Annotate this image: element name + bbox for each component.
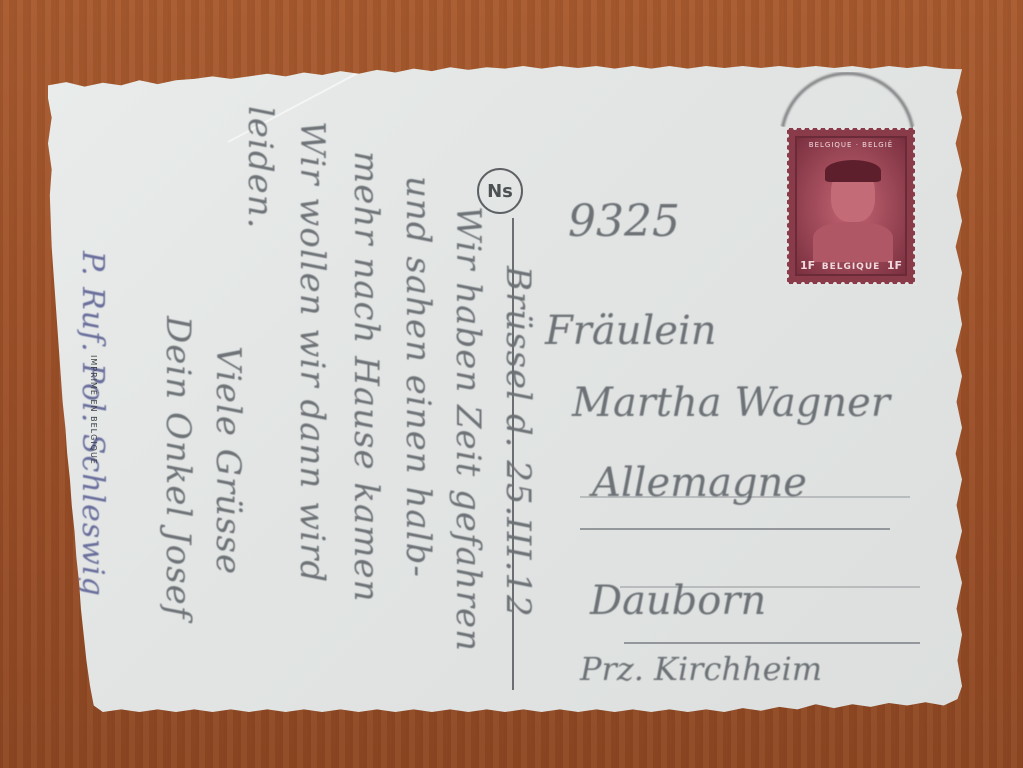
stamp-cap — [825, 160, 881, 182]
stamp-top-text: BELGIQUE · BELGIË — [797, 141, 905, 149]
publisher-logo-text: Ns — [487, 181, 513, 202]
address-rule — [624, 642, 920, 644]
stamp-value-right: 1F — [887, 259, 902, 272]
catalog-number: 9325 — [568, 196, 680, 247]
address-line-4: Dauborn — [590, 578, 766, 624]
stamp-body — [813, 222, 893, 262]
address-line-5: Prz. Kirchheim — [580, 650, 822, 688]
printer-mark: IMPRIMÉ EN BELGIQUE — [89, 355, 98, 465]
message-line: mehr nach Hause kamen — [346, 151, 386, 603]
address-line-1: Fräulein — [545, 308, 717, 354]
address-divider — [512, 218, 514, 690]
postage-stamp: BELGIQUE · BELGIË 1F BELGIQUE 1F — [787, 128, 915, 284]
publisher-logo-icon: Ns — [477, 168, 523, 214]
message-line: Wir wollen wir dann wird — [292, 121, 332, 583]
message-signature: Dein Onkel Josef — [158, 316, 198, 619]
address-rule — [580, 528, 890, 530]
message-line: Wir haben Zeit gefahren — [448, 206, 488, 652]
message-line: leiden. — [240, 106, 280, 229]
message-line-closing: Viele Grüsse — [208, 346, 248, 575]
address-line-2: Martha Wagner — [572, 380, 890, 426]
stamp-portrait: BELGIQUE · BELGIË 1F BELGIQUE 1F — [795, 136, 907, 276]
message-line-date: Brüssel d. 25.III.12 — [498, 266, 538, 618]
message-line: und sahen einen halb- — [398, 176, 438, 578]
address-line-3: Allemagne — [592, 460, 807, 506]
